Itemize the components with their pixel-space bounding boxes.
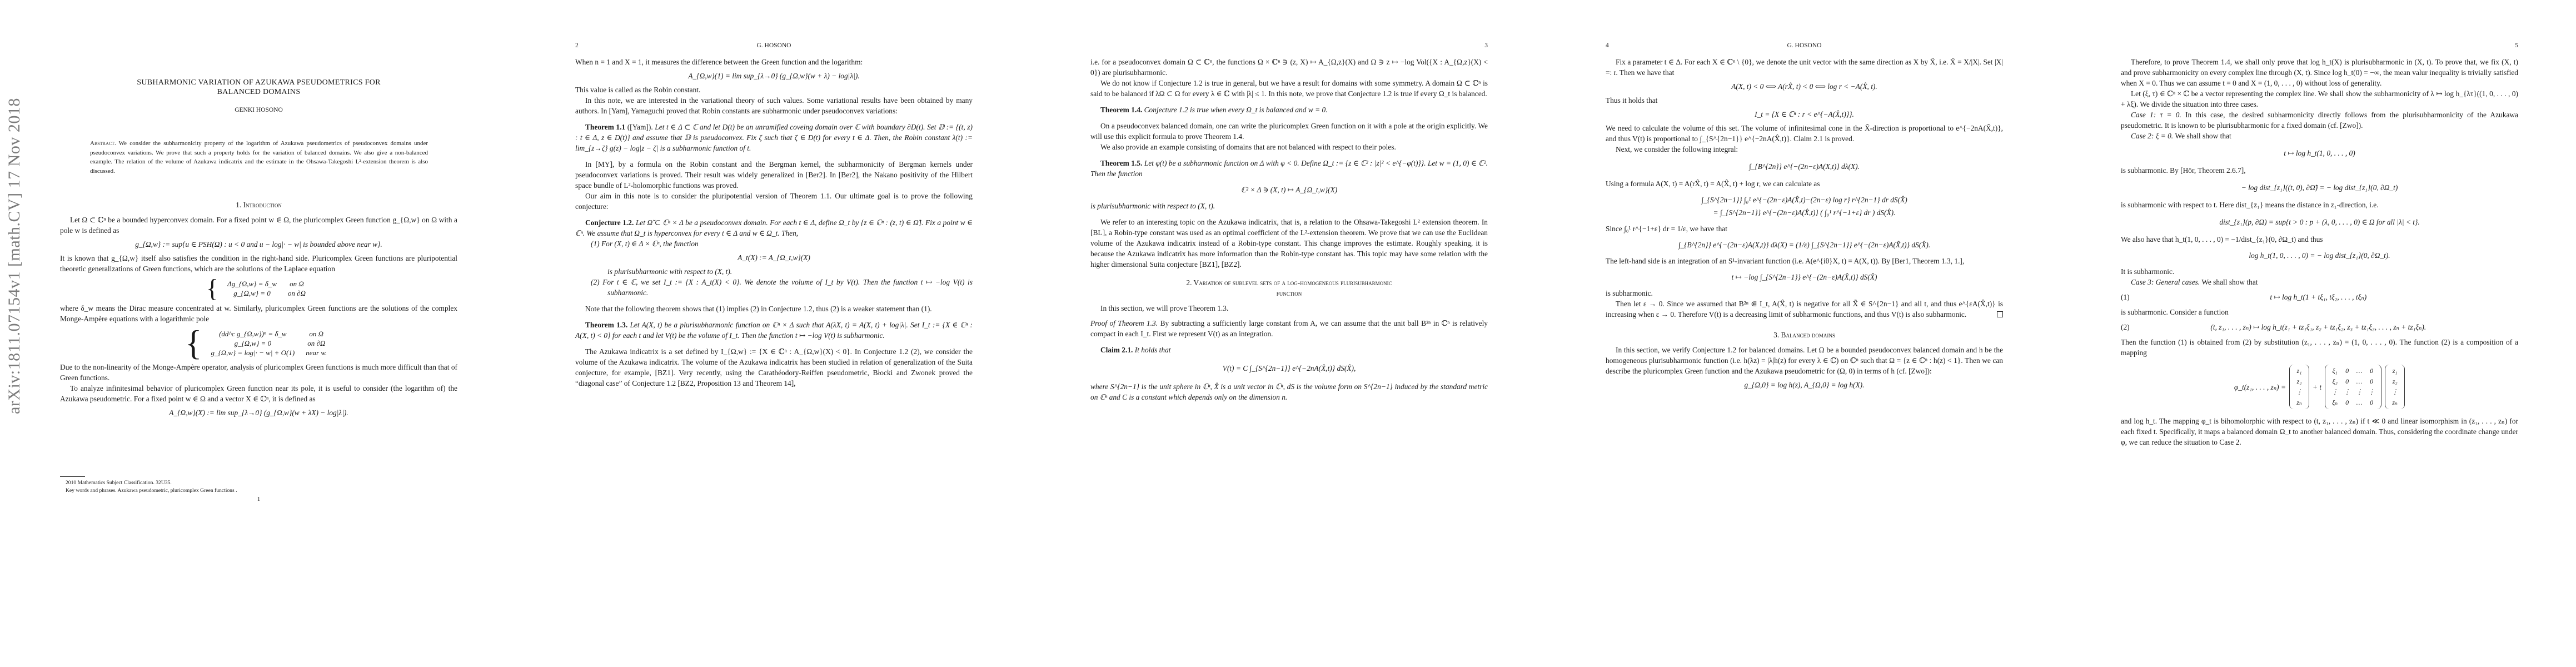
page-2-body: When n = 1 and X = 1, it measures the di… bbox=[575, 57, 973, 389]
robin-constant-text: This value is called as the Robin consta… bbox=[575, 86, 700, 94]
equation: ℂ² × Δ ∋ (X, t) ↦ A_{Ω_t,w}(X) bbox=[1090, 185, 1488, 195]
paragraph: is subharmonic. Consider a function bbox=[2121, 307, 2518, 317]
numbered-equation-1: (1) t ↦ log h_t(1 + tξ₁, tξ₂, . . . , tξ… bbox=[2121, 292, 2518, 302]
page-4-body: Fix a parameter t ∈ Δ. For each X ∈ ℂⁿ \… bbox=[1606, 57, 2003, 394]
equation: A_{Ω,w}(1) = lim sup_{λ→0} (g_{Ω,w}(w + … bbox=[575, 71, 973, 81]
vector-entry: zₙ bbox=[2293, 397, 2305, 408]
paragraph: Then let ε → 0. Since we assumed that B²… bbox=[1606, 298, 2003, 320]
section-3-heading: 3. Balanced domains bbox=[1606, 330, 2003, 340]
paragraph: It is subharmonic. bbox=[2121, 266, 2518, 277]
matrix-entry: ⋮ bbox=[2353, 387, 2365, 397]
condition: on Ω bbox=[282, 279, 311, 288]
paragraph: Due to the non-linearity of the Monge-Am… bbox=[60, 362, 457, 383]
theorem-label: Theorem 1.1 bbox=[585, 123, 625, 131]
matrix-entry: ξ₁ bbox=[2329, 366, 2341, 376]
conjecture-item-1-tail: is plurisubharmonic with respect to (X, … bbox=[575, 266, 973, 277]
paragraph: Fix a parameter t ∈ Δ. For each X ∈ ℂⁿ \… bbox=[1606, 57, 2003, 78]
paragraph: and log h_t. The mapping φ_t is bihomolo… bbox=[2121, 416, 2518, 447]
theorem-1-5: Theorem 1.5. Let φ(t) be a subharmonic f… bbox=[1090, 158, 1488, 211]
claim-text: It holds that bbox=[1135, 346, 1171, 354]
paragraph: i.e. for a pseudoconvex domain Ω ⊂ ℂⁿ, t… bbox=[1090, 57, 1488, 78]
equation: g_{Ω,w} = log|· − w| + O(1) bbox=[205, 348, 300, 357]
matrix-entry: … bbox=[2353, 376, 2365, 387]
page-5-body: Therefore, to prove Theorem 1.4, we shal… bbox=[2121, 57, 2518, 447]
condition: on ∂Ω bbox=[282, 288, 311, 298]
running-header: 3 bbox=[1090, 42, 1488, 49]
paragraph: In this section, we verify Conjecture 1.… bbox=[1606, 345, 2003, 376]
case-label: Case 3: General cases. bbox=[2131, 278, 2200, 286]
running-header: 4 G. HOSONO bbox=[1606, 42, 2003, 49]
page-5: 5 Therefore, to prove Theorem 1.4, we sh… bbox=[2061, 0, 2576, 667]
paragraph: Using a formula A(X, t) = A(rX̂, t) = A(… bbox=[1606, 178, 2003, 189]
section-heading-line: 2. Variation of sublevel sets of a log-h… bbox=[1090, 277, 1488, 288]
case-label: Case 2: ξ = 0. bbox=[2131, 132, 2173, 140]
equation: g_{Ω,0} = log h(z), A_{Ω,0} = log h(X). bbox=[1606, 380, 2003, 390]
vector-entry: ⋮ bbox=[2293, 387, 2305, 397]
matrix-xi: ξ₁0…0 ξ₂0…0 ⋮⋮⋮⋮ ξₙ0…0 bbox=[2325, 365, 2381, 409]
paragraph: Since ∫₀¹ r^{−1+ε} dr = 1/ε, we have tha… bbox=[1606, 223, 2003, 234]
footnote-rule bbox=[60, 476, 85, 477]
monge-ampere-system: { (dd^c g_{Ω,w})ⁿ = δ_won Ω g_{Ω,w} = 0o… bbox=[60, 327, 457, 359]
vector-entry: zₙ bbox=[2389, 397, 2401, 408]
matrix-entry: 0 bbox=[2341, 376, 2353, 387]
section-1-heading: 1. Introduction bbox=[60, 200, 457, 210]
conjecture-1-2: Conjecture 1.2. Let Ω̃ ⊂ ℂⁿ × Δ be a pse… bbox=[575, 217, 973, 298]
running-head: G. HOSONO bbox=[1606, 42, 2003, 49]
vector-entry: z₁ bbox=[2389, 366, 2401, 376]
theorem-1-1: Theorem 1.1 ([Yam]). Let t ∈ Δ ⊂ ℂ and l… bbox=[575, 122, 973, 153]
equation: g_{Ω,w} = 0 bbox=[222, 288, 282, 298]
matrix-entry: … bbox=[2353, 397, 2365, 408]
paragraph: Therefore, to prove Theorem 1.4, we shal… bbox=[2121, 57, 2518, 88]
condition: near w. bbox=[300, 348, 332, 357]
conjecture-item-2: (2) For t ∈ ℂ, we set I_t := {X : A_t(X)… bbox=[575, 277, 973, 298]
mapping-equation: φ_t(z₁, . . . , zₙ) = z₁ z₂ ⋮ zₙ + t ξ₁0… bbox=[2121, 365, 2518, 409]
equation: t ↦ log h_t(1, 0, . . . , 0) bbox=[2121, 148, 2518, 158]
equation: ∫_{B^{2n}} e^{−(2n−ε)A(X,t)} dλ(X). bbox=[1606, 161, 2003, 172]
numbered-equation-2: (2) (t, z₁, . . . , zₙ) ↦ log h_t(z₁ + t… bbox=[2121, 322, 2518, 332]
equation: log h_t(1, 0, . . . , 0) = − log dist_{z… bbox=[2121, 250, 2518, 261]
matrix-entry: ξ₂ bbox=[2329, 376, 2341, 387]
section-heading-line: function bbox=[1090, 288, 1488, 298]
qed-box-icon bbox=[1997, 311, 2003, 317]
plus-t: + t bbox=[2313, 382, 2321, 392]
matrix-entry: 0 bbox=[2365, 397, 2378, 408]
equation: t ↦ log h_t(1 + tξ₁, tξ₂, . . . , tξₙ) bbox=[2270, 292, 2366, 302]
paragraph: The left-hand side is an integration of … bbox=[1606, 256, 2003, 266]
abstract: Abstract. We consider the subharmonicity… bbox=[90, 139, 428, 176]
paragraph: On a pseudoconvex balanced domain, one c… bbox=[1090, 121, 1488, 142]
equation: (dd^c g_{Ω,w})ⁿ = δ_w bbox=[205, 329, 300, 339]
paragraph: We refer to an interesting topic on the … bbox=[1090, 217, 1488, 270]
paragraph: is subharmonic with respect to t. Here d… bbox=[2121, 200, 2518, 210]
paragraph: Note that the following theorem shows th… bbox=[575, 303, 973, 314]
page-number: 3 bbox=[1484, 42, 1488, 49]
matrix-entry: … bbox=[2353, 366, 2365, 376]
running-header: 5 bbox=[2121, 42, 2518, 49]
paragraph: We also have that h_t(1, 0, . . . , 0) =… bbox=[2121, 234, 2518, 245]
paragraph: We do not know if Conjecture 1.2 is true… bbox=[1090, 78, 1488, 99]
paragraph: Next, we consider the following integral… bbox=[1606, 144, 2003, 155]
page-number: 1 bbox=[60, 496, 457, 502]
abstract-text: We consider the subharmonicity property … bbox=[90, 140, 428, 175]
page-number: 5 bbox=[2515, 42, 2518, 49]
matrix-entry: 0 bbox=[2365, 366, 2378, 376]
paragraph: where δ_w means the Dirac measure concen… bbox=[60, 303, 457, 324]
case-1: Case 1: τ = 0. In this case, the desired… bbox=[2121, 109, 2518, 131]
running-head: G. HOSONO bbox=[575, 42, 973, 49]
paragraph: Thus it holds that bbox=[1606, 95, 2003, 106]
claim-tail: where S^{2n−1} is the unit sphere in ℂⁿ,… bbox=[1090, 381, 1488, 402]
matrix-entry: ⋮ bbox=[2365, 387, 2378, 397]
vector-z: z₁ z₂ ⋮ zₙ bbox=[2289, 365, 2309, 409]
paragraph: is subharmonic. By [Hör, Theorem 2.6.7], bbox=[2121, 165, 2518, 176]
vector-entry: ⋮ bbox=[2389, 387, 2401, 397]
equation: I_t = {X ∈ ℂⁿ : r < e^{−A(X̂,t)}}. bbox=[1606, 109, 2003, 120]
arxiv-stamp: arXiv:1811.07154v1 [math.CV] 17 Nov 2018 bbox=[5, 114, 24, 414]
paragraph: The Azukawa indicatrix is a set defined … bbox=[575, 346, 973, 389]
condition: on ∂Ω bbox=[300, 339, 332, 348]
paragraph: In [MY], by a formula on the Robin const… bbox=[575, 159, 973, 191]
equation: ∫_{B^{2n}} e^{−(2n−ε)A(X,t)} dλ(X) = (1/… bbox=[1606, 240, 2003, 250]
paragraph: To analyze infinitesimal behavior of plu… bbox=[60, 383, 457, 404]
matrix-entry: 0 bbox=[2341, 366, 2353, 376]
paragraph: Let (ξ, τ) ∈ ℂⁿ × ℂ be a vector represen… bbox=[2121, 88, 2518, 109]
matrix-entry: 0 bbox=[2341, 397, 2353, 408]
equation: A_{Ω,w}(X) := lim sup_{λ→0} (g_{Ω,w}(w +… bbox=[60, 407, 457, 418]
paper-title: SUBHARMONIC VARIATION OF AZUKAWA PSEUDOM… bbox=[60, 78, 457, 97]
paragraph: This value is called as the Robin consta… bbox=[575, 84, 973, 95]
equation-number: (1) bbox=[2121, 292, 2130, 302]
vector-entry: z₁ bbox=[2293, 366, 2305, 376]
equation-number: (2) bbox=[2121, 322, 2130, 332]
footnotes: 2010 Mathematics Subject Classification.… bbox=[60, 479, 457, 495]
title-line-2: BALANCED DOMAINS bbox=[60, 87, 457, 97]
claim-label: Claim 2.1. bbox=[1100, 346, 1133, 354]
paragraph: We also provide an example consisting of… bbox=[1090, 142, 1488, 152]
matrix-entry: 0 bbox=[2365, 376, 2378, 387]
theorem-1-4: Theorem 1.4. Conjecture 1.2 is true when… bbox=[1090, 104, 1488, 115]
case-label: Case 1: τ = 0. bbox=[2131, 111, 2181, 119]
paragraph: In this note, we are interested in the v… bbox=[575, 95, 973, 116]
page-2: 2 G. HOSONO When n = 1 and X = 1, it mea… bbox=[515, 0, 1030, 667]
vector-z: z₁ z₂ ⋮ zₙ bbox=[2385, 365, 2405, 409]
vector-entry: z₂ bbox=[2293, 376, 2305, 387]
claim-2-1: Claim 2.1. It holds that V(t) = C ∫_{S^{… bbox=[1090, 345, 1488, 402]
equation: (t, z₁, . . . , zₙ) ↦ log h_t(z₁ + tz₁ξ₁… bbox=[2210, 322, 2426, 332]
conjecture-item-1: (1) For (X, t) ∈ Δ × ℂⁿ, the function bbox=[575, 238, 973, 249]
laplace-system: { Δg_{Ω,w} = δ_won Ω g_{Ω,w} = 0on ∂Ω bbox=[60, 277, 457, 300]
abstract-label: Abstract. bbox=[90, 140, 116, 147]
left-brace: { bbox=[185, 327, 202, 359]
paragraph: Let Ω ⊂ ℂⁿ be a bounded hyperconvex doma… bbox=[60, 215, 457, 236]
page-1: arXiv:1811.07154v1 [math.CV] 17 Nov 2018… bbox=[0, 0, 515, 667]
theorem-text: Let A(X, t) be a plurisubharmonic functi… bbox=[575, 321, 973, 340]
equation: = ∫_{S^{2n−1}} e^{−(2n−ε)A(X̂,t)} ( ∫₀¹ … bbox=[1606, 207, 2003, 218]
page-1-body: 1. Introduction Let Ω ⊂ ℂⁿ be a bounded … bbox=[60, 192, 457, 421]
theorem-label: Theorem 1.5. bbox=[1100, 159, 1142, 167]
equation: − log dist_{z₁}((t, 0), ∂Ω̃) = − log dis… bbox=[2121, 182, 2518, 193]
equation: t ↦ −log ∫_{S^{2n−1}} e^{−(2n−ε)A(X̂,t)}… bbox=[1606, 272, 2003, 282]
left-brace: { bbox=[206, 277, 218, 300]
paragraph-text: Then let ε → 0. Since we assumed that B²… bbox=[1606, 300, 2003, 318]
paragraph: Our aim in this note is to consider the … bbox=[575, 191, 973, 212]
page-3-body: i.e. for a pseudoconvex domain Ω ⊂ ℂⁿ, t… bbox=[1090, 57, 1488, 408]
equation: Δg_{Ω,w} = δ_w bbox=[222, 279, 282, 288]
conjecture-text: Let Ω̃ ⊂ ℂⁿ × Δ be a pseudoconvex domain… bbox=[575, 218, 973, 237]
equation: A(X, t) < 0 ⟺ A(rX̂, t) < 0 ⟺ log r < −A… bbox=[1606, 81, 2003, 92]
proof-label: Proof of Theorem 1.3. bbox=[1090, 319, 1158, 327]
paragraph: We need to calculate the volume of this … bbox=[1606, 123, 2003, 144]
equation: V(t) = C ∫_{S^{2n−1}} e^{−2nA(X̂,t)} dS(… bbox=[1090, 363, 1488, 374]
paragraph: is subharmonic. bbox=[1606, 288, 2003, 298]
equation: g_{Ω,w} = 0 bbox=[205, 339, 300, 348]
case-3: Case 3: General cases. We shall show tha… bbox=[2121, 277, 2518, 287]
conjecture-label: Conjecture 1.2. bbox=[585, 218, 634, 227]
paragraph: When n = 1 and X = 1, it measures the di… bbox=[575, 57, 973, 67]
condition: on Ω bbox=[300, 329, 332, 339]
vector-entry: z₂ bbox=[2389, 376, 2401, 387]
equation: g_{Ω,w} := sup{u ∈ PSH(Ω) : u < 0 and u … bbox=[60, 239, 457, 250]
page-4: 4 G. HOSONO Fix a parameter t ∈ Δ. For e… bbox=[1546, 0, 2061, 667]
equation: dist_{z₁}(p, ∂Ω) = sup{t > 0 : p + (λ, 0… bbox=[2121, 217, 2518, 227]
equation: A_t(X) := A_{Ω_t,w}(X) bbox=[575, 252, 973, 263]
theorem-label: Theorem 1.3. bbox=[585, 321, 627, 329]
equation: ∫_{S^{2n−1}} ∫₀¹ e^{−(2n−ε)A(X̂,t)−(2n−ε… bbox=[1606, 195, 2003, 205]
matrix-entry: ⋮ bbox=[2341, 387, 2353, 397]
paragraph: Then the function (1) is obtained from (… bbox=[2121, 337, 2518, 358]
paragraph: In this section, we will prove Theorem 1… bbox=[1090, 303, 1488, 313]
matrix-entry: ⋮ bbox=[2329, 387, 2341, 397]
case-2: Case 2: ξ = 0. We shall show that bbox=[2121, 131, 2518, 141]
proof: Proof of Theorem 1.3. By subtracting a s… bbox=[1090, 318, 1488, 339]
section-2-heading: 2. Variation of sublevel sets of a log-h… bbox=[1090, 277, 1488, 298]
author: GENKI HOSONO bbox=[60, 107, 457, 113]
title-line-1: SUBHARMONIC VARIATION OF AZUKAWA PSEUDOM… bbox=[60, 78, 457, 87]
running-header: 2 G. HOSONO bbox=[575, 42, 973, 49]
theorem-text: Let φ(t) be a subharmonic function on Δ … bbox=[1090, 159, 1488, 178]
theorem-ref: ([Yam]). bbox=[627, 123, 653, 131]
page-3: 3 i.e. for a pseudoconvex domain Ω ⊂ ℂⁿ,… bbox=[1030, 0, 1546, 667]
footnote-msc: 2010 Mathematics Subject Classification.… bbox=[60, 479, 457, 487]
matrix-entry: ξₙ bbox=[2329, 397, 2341, 408]
mapping-lhs: φ_t(z₁, . . . , zₙ) = bbox=[2234, 382, 2286, 392]
case-text: We shall show that bbox=[2175, 132, 2231, 140]
theorem-text: Conjecture 1.2 is true when every Ω_t is… bbox=[1144, 106, 1328, 114]
case-text: We shall show that bbox=[2201, 278, 2258, 286]
theorem-1-3: Theorem 1.3. Let A(X, t) be a plurisubha… bbox=[575, 320, 973, 341]
footnote-keywords: Key words and phrases. Azukawa pseudomet… bbox=[60, 487, 457, 495]
theorem-label: Theorem 1.4. bbox=[1100, 106, 1142, 114]
paragraph: It is known that g_{Ω,w} itself also sat… bbox=[60, 253, 457, 274]
theorem-tail: is plurisubharmonic with respect to (X, … bbox=[1090, 201, 1488, 211]
